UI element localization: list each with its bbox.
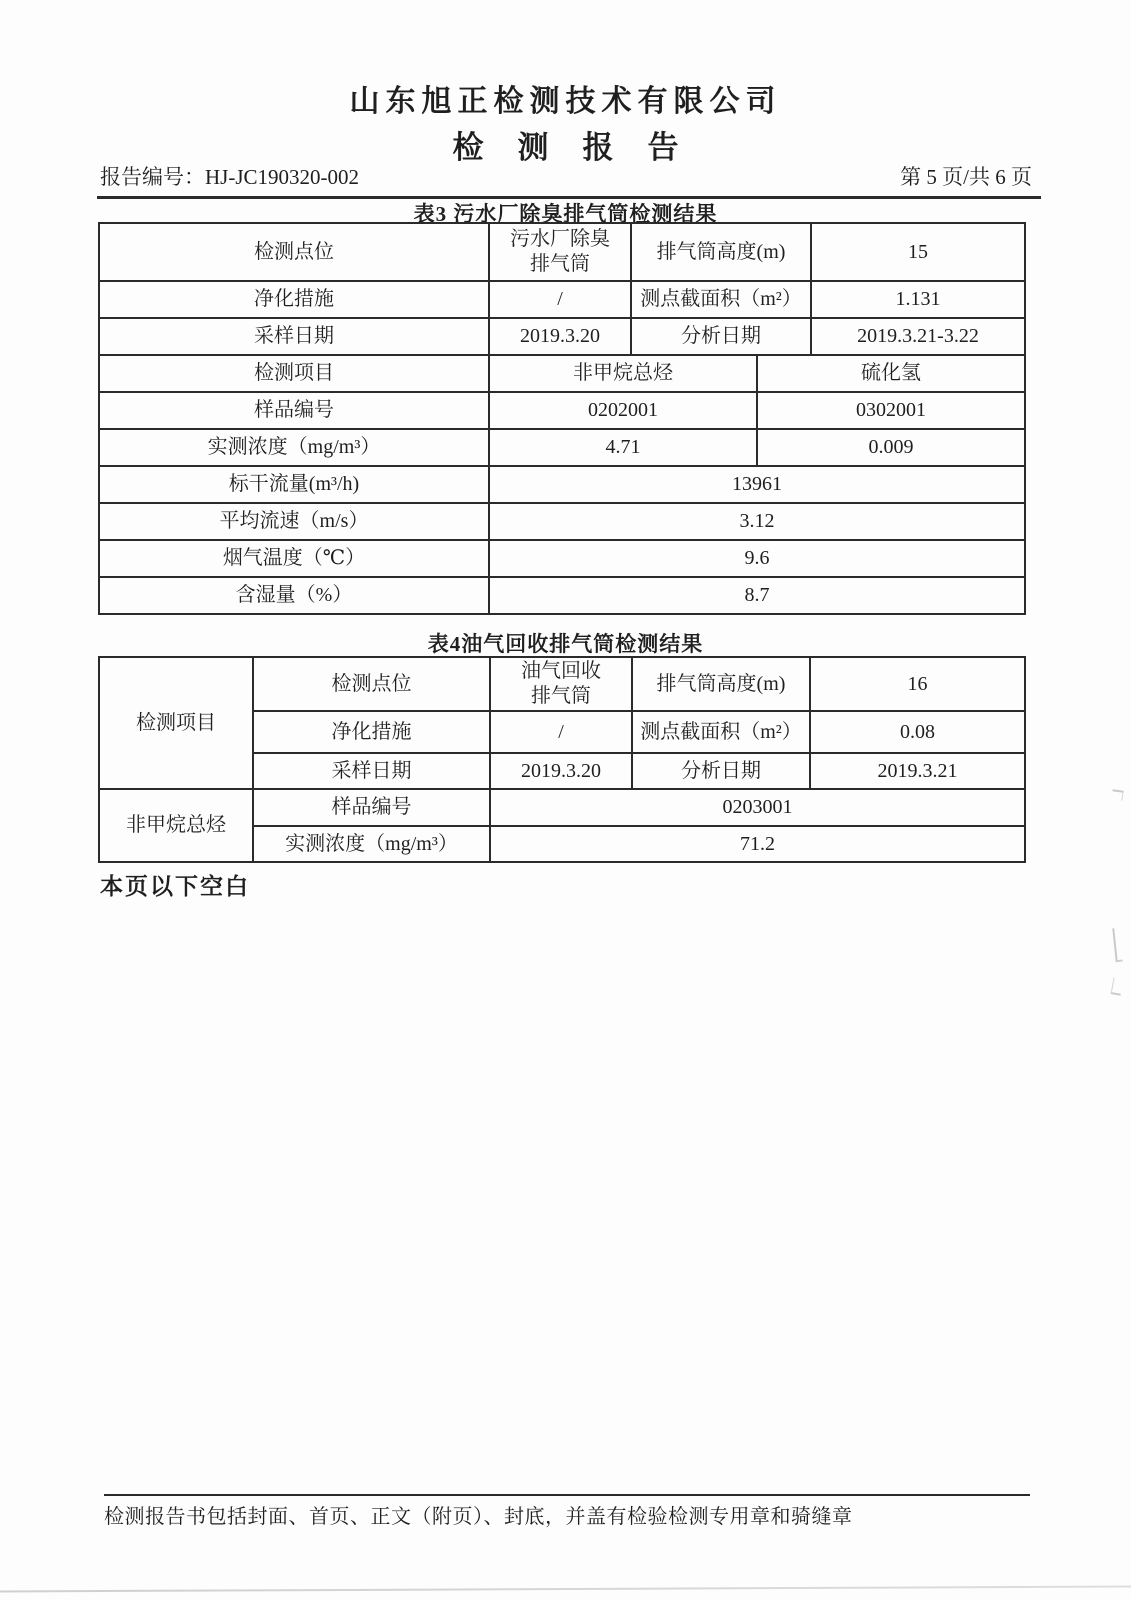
cell-value: 污水厂除臭 排气筒 [489, 223, 631, 281]
table-row: 检测项目 检测点位 油气回收 排气筒 排气筒高度(m) 16 [99, 657, 1025, 711]
cell-label: 分析日期 [632, 753, 810, 789]
report-number-value: HJ-JC190320-002 [205, 165, 359, 189]
table-row: 平均流速（m/s） 3.12 [99, 503, 1025, 540]
cell-value: 油气回收 排气筒 [490, 657, 632, 711]
company-title: 山东旭正检测技术有限公司 [0, 76, 1131, 120]
cell-label: 测点截面积（m²） [631, 281, 811, 318]
table4-vapor-recovery-stack-results: 检测项目 检测点位 油气回收 排气筒 排气筒高度(m) 16 净化措施 / 测点… [98, 656, 1026, 863]
cell-label: 排气筒高度(m) [631, 223, 811, 281]
cell-label: 检测项目 [99, 355, 489, 392]
table3-sewage-stack-results: 检测点位 污水厂除臭 排气筒 排气筒高度(m) 15 净化措施 / 测点截面积（… [98, 222, 1026, 615]
cell-value: / [490, 711, 632, 753]
cell-value: 2019.3.21-3.22 [811, 318, 1025, 355]
cell-value: 0.08 [810, 711, 1025, 753]
cell-label: 测点截面积（m²） [632, 711, 810, 753]
table-row: 烟气温度（℃） 9.6 [99, 540, 1025, 577]
cell-label: 采样日期 [99, 318, 489, 355]
cell-label: 实测浓度（mg/m³） [99, 429, 489, 466]
cell-group-label: 非甲烷总烃 [99, 789, 253, 862]
cell-value: 3.12 [489, 503, 1025, 540]
report-number: 报告编号：HJ-JC190320-002 [100, 161, 359, 191]
table-row: 净化措施 / 测点截面积（m²） 1.131 [99, 281, 1025, 318]
scan-artifact [1112, 928, 1123, 963]
cell-label: 样品编号 [99, 392, 489, 429]
footer-note: 检测报告书包括封面、首页、正文（附页）、封底，并盖有检验检测专用章和骑缝章 [104, 1500, 1064, 1529]
report-meta-row: 报告编号：HJ-JC190320-002 第 5 页/共 6 页 [100, 161, 1032, 191]
report-number-label: 报告编号： [100, 165, 205, 189]
cell-label: 平均流速（m/s） [99, 503, 489, 540]
cell-value: 0.009 [757, 429, 1025, 466]
cell-value: 2019.3.21 [810, 753, 1025, 789]
scan-artifact [1111, 789, 1123, 800]
table4-title: 表4油气回收排气筒检测结果 [0, 628, 1131, 658]
report-page: 山东旭正检测技术有限公司 检测报告 报告编号：HJ-JC190320-002 第… [0, 0, 1131, 1600]
cell-value: 13961 [489, 466, 1025, 503]
cell-label: 实测浓度（mg/m³） [253, 826, 490, 862]
cell-value: 硫化氢 [757, 355, 1025, 392]
table-row: 样品编号 0202001 0302001 [99, 392, 1025, 429]
cell-label: 检测点位 [99, 223, 489, 281]
cell-label: 净化措施 [99, 281, 489, 318]
footer-rule [104, 1494, 1030, 1496]
cell-label: 标干流量(m³/h) [99, 466, 489, 503]
scan-edge-line [0, 1585, 1131, 1592]
table-row: 实测浓度（mg/m³） 4.71 0.009 [99, 429, 1025, 466]
cell-label: 排气筒高度(m) [632, 657, 810, 711]
table-row: 含湿量（%） 8.7 [99, 577, 1025, 614]
table-row: 采样日期 2019.3.20 分析日期 2019.3.21-3.22 [99, 318, 1025, 355]
table-row: 检测项目 非甲烷总烃 硫化氢 [99, 355, 1025, 392]
cell-label: 检测点位 [253, 657, 490, 711]
cell-value: 4.71 [489, 429, 757, 466]
cell-value: 16 [810, 657, 1025, 711]
table-row: 非甲烷总烃 样品编号 0203001 [99, 789, 1025, 826]
cell-value: 71.2 [490, 826, 1025, 862]
cell-value: 8.7 [489, 577, 1025, 614]
scan-artifact [1111, 977, 1124, 995]
cell-value: 0203001 [490, 789, 1025, 826]
cell-label: 含湿量（%） [99, 577, 489, 614]
cell-value: 9.6 [489, 540, 1025, 577]
page-indicator: 第 5 页/共 6 页 [900, 161, 1032, 191]
cell-value: 1.131 [811, 281, 1025, 318]
cell-value: 0202001 [489, 392, 757, 429]
cell-value: 0302001 [757, 392, 1025, 429]
blank-page-note: 本页以下空白 [100, 868, 250, 901]
table-row: 检测点位 污水厂除臭 排气筒 排气筒高度(m) 15 [99, 223, 1025, 281]
cell-group-label: 检测项目 [99, 657, 253, 789]
cell-value: 非甲烷总烃 [489, 355, 757, 392]
cell-label: 净化措施 [253, 711, 490, 753]
cell-label: 采样日期 [253, 753, 490, 789]
cell-value: 15 [811, 223, 1025, 281]
cell-label: 分析日期 [631, 318, 811, 355]
cell-label: 样品编号 [253, 789, 490, 826]
cell-value: / [489, 281, 631, 318]
table-row: 标干流量(m³/h) 13961 [99, 466, 1025, 503]
cell-value: 2019.3.20 [490, 753, 632, 789]
cell-value: 2019.3.20 [489, 318, 631, 355]
cell-label: 烟气温度（℃） [99, 540, 489, 577]
